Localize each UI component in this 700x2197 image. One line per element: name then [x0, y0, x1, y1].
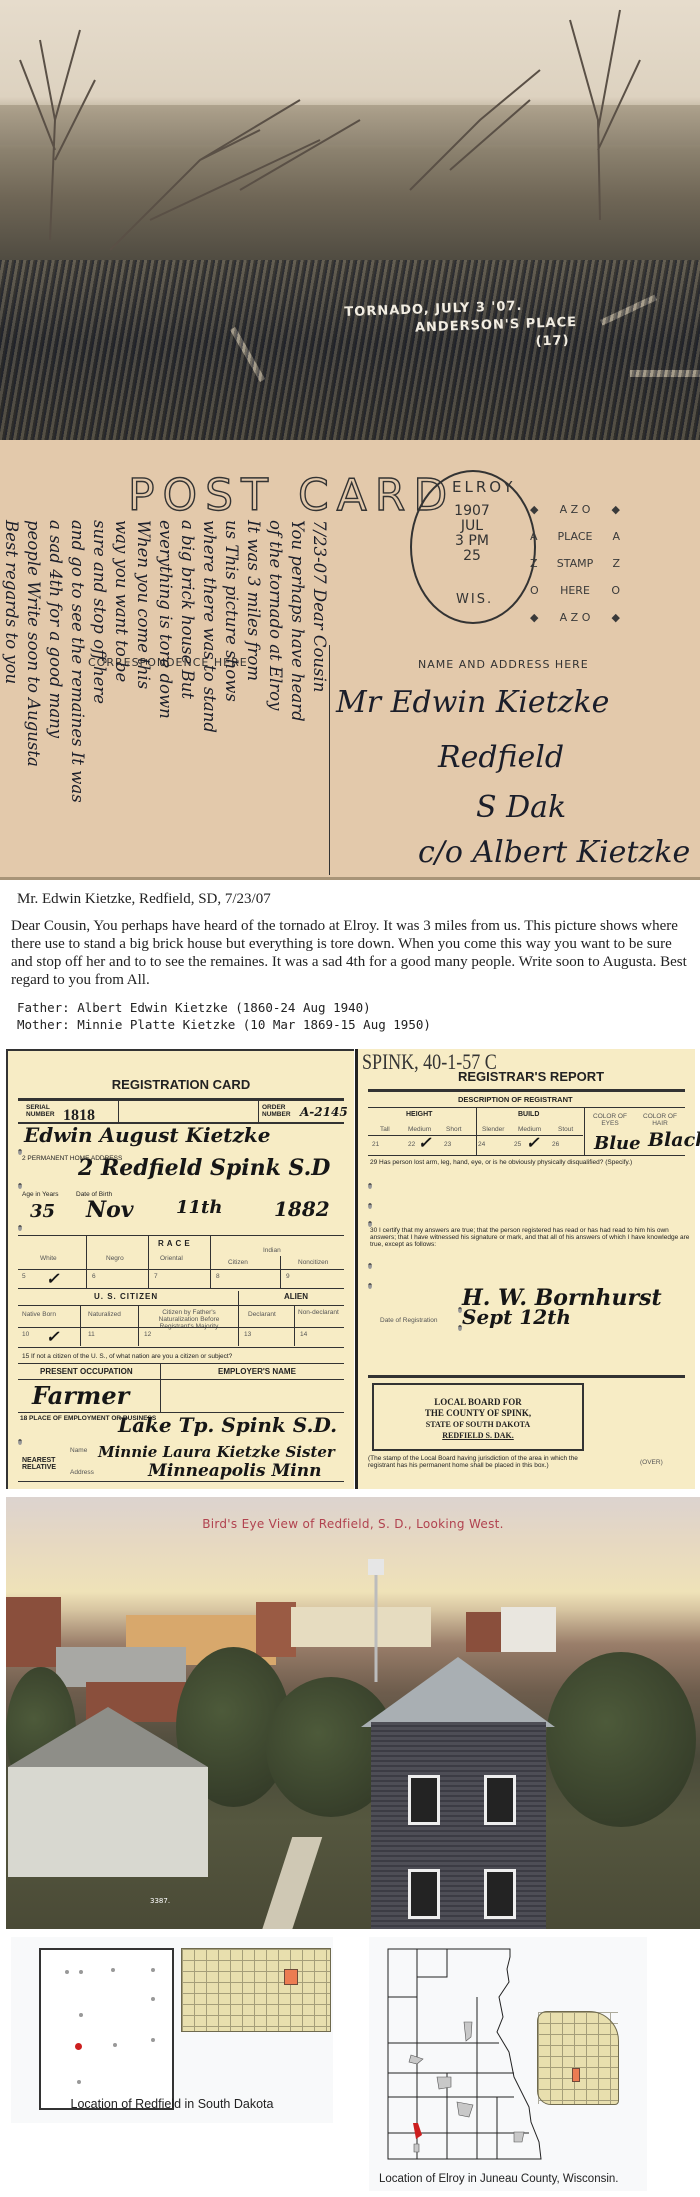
transcription: Mr. Edwin Kietzke, Redfield, SD, 7/23/07…	[0, 883, 700, 1043]
registrant-name: Edwin August Kietzke	[24, 1123, 270, 1147]
q29-text: 29 Has person lost arm, leg, hand, eye, …	[370, 1159, 690, 1166]
rule	[368, 1263, 372, 1269]
citizen-num: 14	[300, 1331, 307, 1338]
rule	[210, 1236, 211, 1288]
parents-list: Father: Albert Edwin Kietzke (1860-24 Au…	[17, 999, 431, 1033]
plate-number: 3387.	[150, 1897, 170, 1905]
stamp-cell: ◆	[530, 503, 538, 516]
rule	[18, 1183, 22, 1189]
tornado-photo: TORNADO, JULY 3 '07. ANDERSON'S PLACE (1…	[0, 0, 700, 440]
stamp-cell: A Z O	[560, 611, 591, 624]
race-col: White	[40, 1255, 57, 1262]
stamp-row: ◆A Z O◆	[530, 496, 620, 523]
relative-address-value: Minneapolis Minn	[148, 1461, 321, 1481]
stamp-cell: Z	[612, 557, 620, 570]
occupation-label: PRESENT OCCUPATION	[40, 1367, 133, 1376]
serial-label: SERIAL NUMBER	[26, 1104, 56, 1118]
board-line: REDFIELD S. DAK.	[374, 1430, 582, 1441]
tree	[546, 1652, 696, 1827]
race-col: Noncitizen	[298, 1259, 328, 1266]
address-line: S Dak	[476, 790, 566, 825]
alien-header: ALIEN	[284, 1292, 308, 1301]
board-line: STATE OF SOUTH DAKOTA	[374, 1419, 582, 1430]
postmark-city: ELROY	[452, 478, 515, 496]
build-header: BUILD	[518, 1111, 539, 1118]
stamp-row: ◆A Z O◆	[530, 604, 620, 631]
spink-county-highlight	[284, 1969, 298, 1985]
height-header: HEIGHT	[406, 1111, 432, 1118]
rule	[118, 1100, 119, 1122]
local-board-stamp: LOCAL BOARD FOR THE COUNTY OF SPINK, STA…	[372, 1383, 584, 1451]
juneau-county-highlight	[572, 2068, 580, 2082]
citizen-col: Native Born	[22, 1311, 78, 1318]
over-label: (OVER)	[640, 1459, 663, 1466]
postmark-day: 25	[442, 549, 502, 564]
row-num: 21	[372, 1141, 379, 1148]
row-num: 26	[552, 1141, 559, 1148]
postcard-title: POST CARD	[128, 470, 455, 521]
race-num: 5	[22, 1273, 26, 1280]
window	[408, 1869, 440, 1919]
hair-color-value: Black	[648, 1129, 700, 1151]
stamp-cell: O	[530, 584, 539, 597]
eye-color-value: Blue	[594, 1133, 641, 1154]
rule	[368, 1183, 372, 1189]
age-label: Age in Years	[22, 1191, 59, 1198]
employment-place-value: Lake Tp. Spink S.D.	[118, 1413, 337, 1437]
town-dot	[79, 1970, 83, 1974]
rule	[18, 1347, 344, 1348]
build-col: Medium	[518, 1126, 541, 1133]
town-dot	[113, 2043, 117, 2047]
rule	[368, 1155, 685, 1156]
citizen-col: Naturalized	[88, 1311, 140, 1318]
handwritten-letter: 7/23-07 Dear Cousin You perhaps have hea…	[0, 520, 330, 940]
elroy-caption: Location of Elroy in Juneau County, Wisc…	[379, 2173, 619, 2185]
window	[484, 1869, 516, 1919]
height-checkmark-icon: ✓	[418, 1133, 431, 1152]
rule	[86, 1236, 87, 1288]
race-col: Negro	[106, 1255, 124, 1262]
race-num: 9	[286, 1273, 290, 1280]
postmark-year: 1907	[442, 504, 502, 519]
rule	[18, 1363, 344, 1364]
stamp-cell: HERE	[560, 584, 590, 597]
rule	[160, 1364, 161, 1412]
rule	[18, 1098, 344, 1101]
dob-year: 1882	[274, 1197, 330, 1221]
rule	[18, 1235, 344, 1236]
county-grid	[182, 1949, 330, 2031]
redfield-marker-icon	[75, 2043, 82, 2050]
stamp-row: OHEREO	[530, 577, 620, 604]
postmark-date: 1907 JUL 3 PM 25	[442, 504, 502, 564]
report-title: REGISTRAR'S REPORT	[458, 1069, 604, 1084]
nearest-relative-label: NEAREST RELATIVE	[22, 1457, 66, 1471]
window	[408, 1775, 440, 1825]
rule	[18, 1327, 344, 1328]
rule	[18, 1379, 344, 1380]
rule	[18, 1269, 344, 1270]
redfield-map: Location of Redfield in South Dakota	[11, 1937, 333, 2123]
dob-month: Nov	[86, 1197, 134, 1223]
redfield-caption: Location of Redfield in South Dakota	[11, 2097, 333, 2111]
mother-line: Mother: Minnie Platte Kietzke (10 Mar 18…	[17, 1016, 431, 1033]
q30-text: 30 I certify that my answers are true; t…	[370, 1227, 690, 1248]
height-col: Medium	[408, 1126, 431, 1133]
address-line: Redfield	[438, 740, 564, 775]
rule	[584, 1107, 585, 1155]
town-dot	[79, 2013, 83, 2017]
occupation-value: Farmer	[32, 1381, 129, 1410]
relative-name-value: Minnie Laura Kietzke Sister	[98, 1443, 335, 1461]
town-dot	[151, 2038, 155, 2042]
town-dot	[111, 1968, 115, 1972]
race-checkmark-icon: ✓	[46, 1269, 59, 1288]
stamp-cell: ◆	[530, 611, 538, 624]
registrant-address: 2 Redfield Spink S.D	[78, 1155, 330, 1181]
stamp-box: ◆A Z O◆ APLACEA ZSTAMPZ OHEREO ◆A Z O◆	[530, 496, 620, 631]
rule	[368, 1107, 685, 1108]
rule	[294, 1306, 295, 1346]
race-col: Oriental	[160, 1255, 183, 1262]
rule	[258, 1100, 259, 1122]
description-header: DESCRIPTION OF REGISTRANT	[458, 1095, 573, 1104]
eyes-header: COLOR OF EYES	[590, 1113, 630, 1127]
address-label: NAME AND ADDRESS HERE	[418, 658, 589, 671]
citizen-header: U. S. CITIZEN	[94, 1292, 158, 1301]
transcription-heading: Mr. Edwin Kietzke, Redfield, SD, 7/23/07	[17, 891, 271, 908]
small-house-roof	[8, 1707, 208, 1767]
rule	[368, 1203, 372, 1209]
registrar-report: SPINK, 40-1-57 C REGISTRAR'S REPORT DESC…	[355, 1049, 695, 1489]
stamp-cell: PLACE	[558, 530, 593, 543]
height-col: Short	[446, 1126, 462, 1133]
tall-house	[371, 1722, 546, 1929]
postmark-time: 3 PM	[442, 534, 502, 549]
rule	[80, 1306, 81, 1346]
race-header: RACE	[158, 1239, 193, 1248]
race-col: Citizen	[228, 1259, 248, 1266]
stamp-cell: A	[530, 530, 538, 543]
card-title: REGISTRATION CARD	[8, 1077, 354, 1092]
postmark-icon: ELROY 1907 JUL 3 PM 25 WIS.	[410, 470, 536, 624]
dob-day: 11th	[176, 1197, 222, 1218]
town-dot	[77, 2080, 81, 2084]
wisconsin-shape	[537, 2011, 619, 2105]
rule	[18, 1305, 344, 1306]
rule	[280, 1256, 281, 1288]
row-num: 23	[444, 1141, 451, 1148]
postmark-state: WIS.	[456, 592, 493, 607]
date-label: Date of Registration	[380, 1317, 437, 1324]
location-maps: Location of Redfield in South Dakota Loc…	[0, 1929, 700, 2197]
board-note: (The stamp of the Local Board having jur…	[368, 1455, 598, 1469]
rule	[238, 1291, 239, 1346]
citizen-checkmark-icon: ✓	[46, 1327, 59, 1346]
hair-header: COLOR OF HAIR	[640, 1113, 680, 1127]
postcard-back: POST CARD ELROY 1907 JUL 3 PM 25 WIS. ◆A…	[0, 440, 700, 880]
town-dot	[65, 1970, 69, 1974]
tall-house-roof	[361, 1657, 555, 1727]
build-checkmark-icon: ✓	[526, 1133, 539, 1152]
row-num: 22	[408, 1141, 415, 1148]
rule	[18, 1288, 344, 1289]
rule	[476, 1107, 477, 1155]
photo-caption: TORNADO, JULY 3 '07. ANDERSON'S PLACE (1…	[344, 296, 578, 358]
small-house	[8, 1767, 208, 1877]
stamp-cell: ◆	[612, 611, 620, 624]
rule	[458, 1325, 462, 1331]
citizen-num: 11	[88, 1331, 95, 1338]
relative-name-label: Name	[70, 1447, 87, 1454]
south-dakota-shape	[181, 1948, 331, 2032]
rule	[18, 1439, 22, 1445]
relative-address-label: Address	[70, 1469, 94, 1476]
date-value: Sept 12th	[462, 1305, 571, 1329]
father-line: Father: Albert Edwin Kietzke (1860-24 Au…	[17, 999, 431, 1016]
citizen-num: 12	[144, 1331, 151, 1338]
stamp-row: APLACEA	[530, 523, 620, 550]
spink-county-outline	[39, 1948, 174, 2110]
build-col: Slender	[482, 1126, 504, 1133]
citizen-num: 10	[22, 1331, 29, 1338]
stamp-cell: O	[611, 584, 620, 597]
stamp-cell: A	[612, 530, 620, 543]
board-line: THE COUNTY OF SPINK,	[374, 1408, 582, 1419]
window	[484, 1775, 516, 1825]
stamp-cell: A Z O	[560, 503, 591, 516]
stamp-cell: ◆	[612, 503, 620, 516]
rule	[18, 1225, 22, 1231]
rule	[368, 1089, 685, 1092]
stamp-cell: STAMP	[557, 557, 594, 570]
address-line: c/o Albert Kietzke	[418, 835, 690, 870]
height-col: Tall	[380, 1126, 390, 1133]
citizen-col: Non-declarant	[298, 1309, 342, 1316]
q15-label: 15 If not a citizen of the U. S., of wha…	[22, 1353, 232, 1360]
race-num: 6	[92, 1273, 96, 1280]
race-num: 7	[154, 1273, 158, 1280]
build-col: Stout	[558, 1126, 573, 1133]
citizen-num: 13	[244, 1331, 251, 1338]
elroy-map: Location of Elroy in Juneau County, Wisc…	[369, 1937, 647, 2191]
draft-registration: REGISTRATION CARD SERIAL NUMBER 1818 ORD…	[0, 1043, 700, 1493]
rule	[368, 1283, 372, 1289]
citizen-col: Declarant	[248, 1311, 276, 1318]
race-num: 8	[216, 1273, 220, 1280]
address-line: Mr Edwin Kietzke	[336, 685, 609, 720]
stamp-row: ZSTAMPZ	[530, 550, 620, 577]
rule	[368, 1375, 685, 1378]
registration-card-front: REGISTRATION CARD SERIAL NUMBER 1818 ORD…	[6, 1049, 354, 1489]
row-num: 25	[514, 1141, 521, 1148]
board-line: LOCAL BOARD FOR	[374, 1397, 582, 1408]
rule	[148, 1236, 149, 1288]
rule	[18, 1481, 344, 1482]
stamp-cell: Z	[530, 557, 538, 570]
rule	[138, 1306, 139, 1346]
order-number: A-2145	[300, 1105, 348, 1119]
transcription-body: Dear Cousin, You perhaps have heard of t…	[11, 917, 691, 989]
row-num: 24	[478, 1141, 485, 1148]
elroy-marker-icon	[413, 2123, 422, 2139]
postmark-month: JUL	[442, 519, 502, 534]
race-indian-label: Indian	[263, 1247, 281, 1254]
order-label: ORDER NUMBER	[262, 1104, 292, 1118]
birdseye-postcard: Bird's Eye View of Redfield, S. D., Look…	[6, 1497, 700, 1929]
county-grid	[538, 2012, 618, 2104]
employer-label: EMPLOYER'S NAME	[218, 1367, 296, 1376]
age-value: 35	[30, 1201, 55, 1222]
town-dot	[151, 1968, 155, 1972]
town-dot	[151, 1997, 155, 2001]
